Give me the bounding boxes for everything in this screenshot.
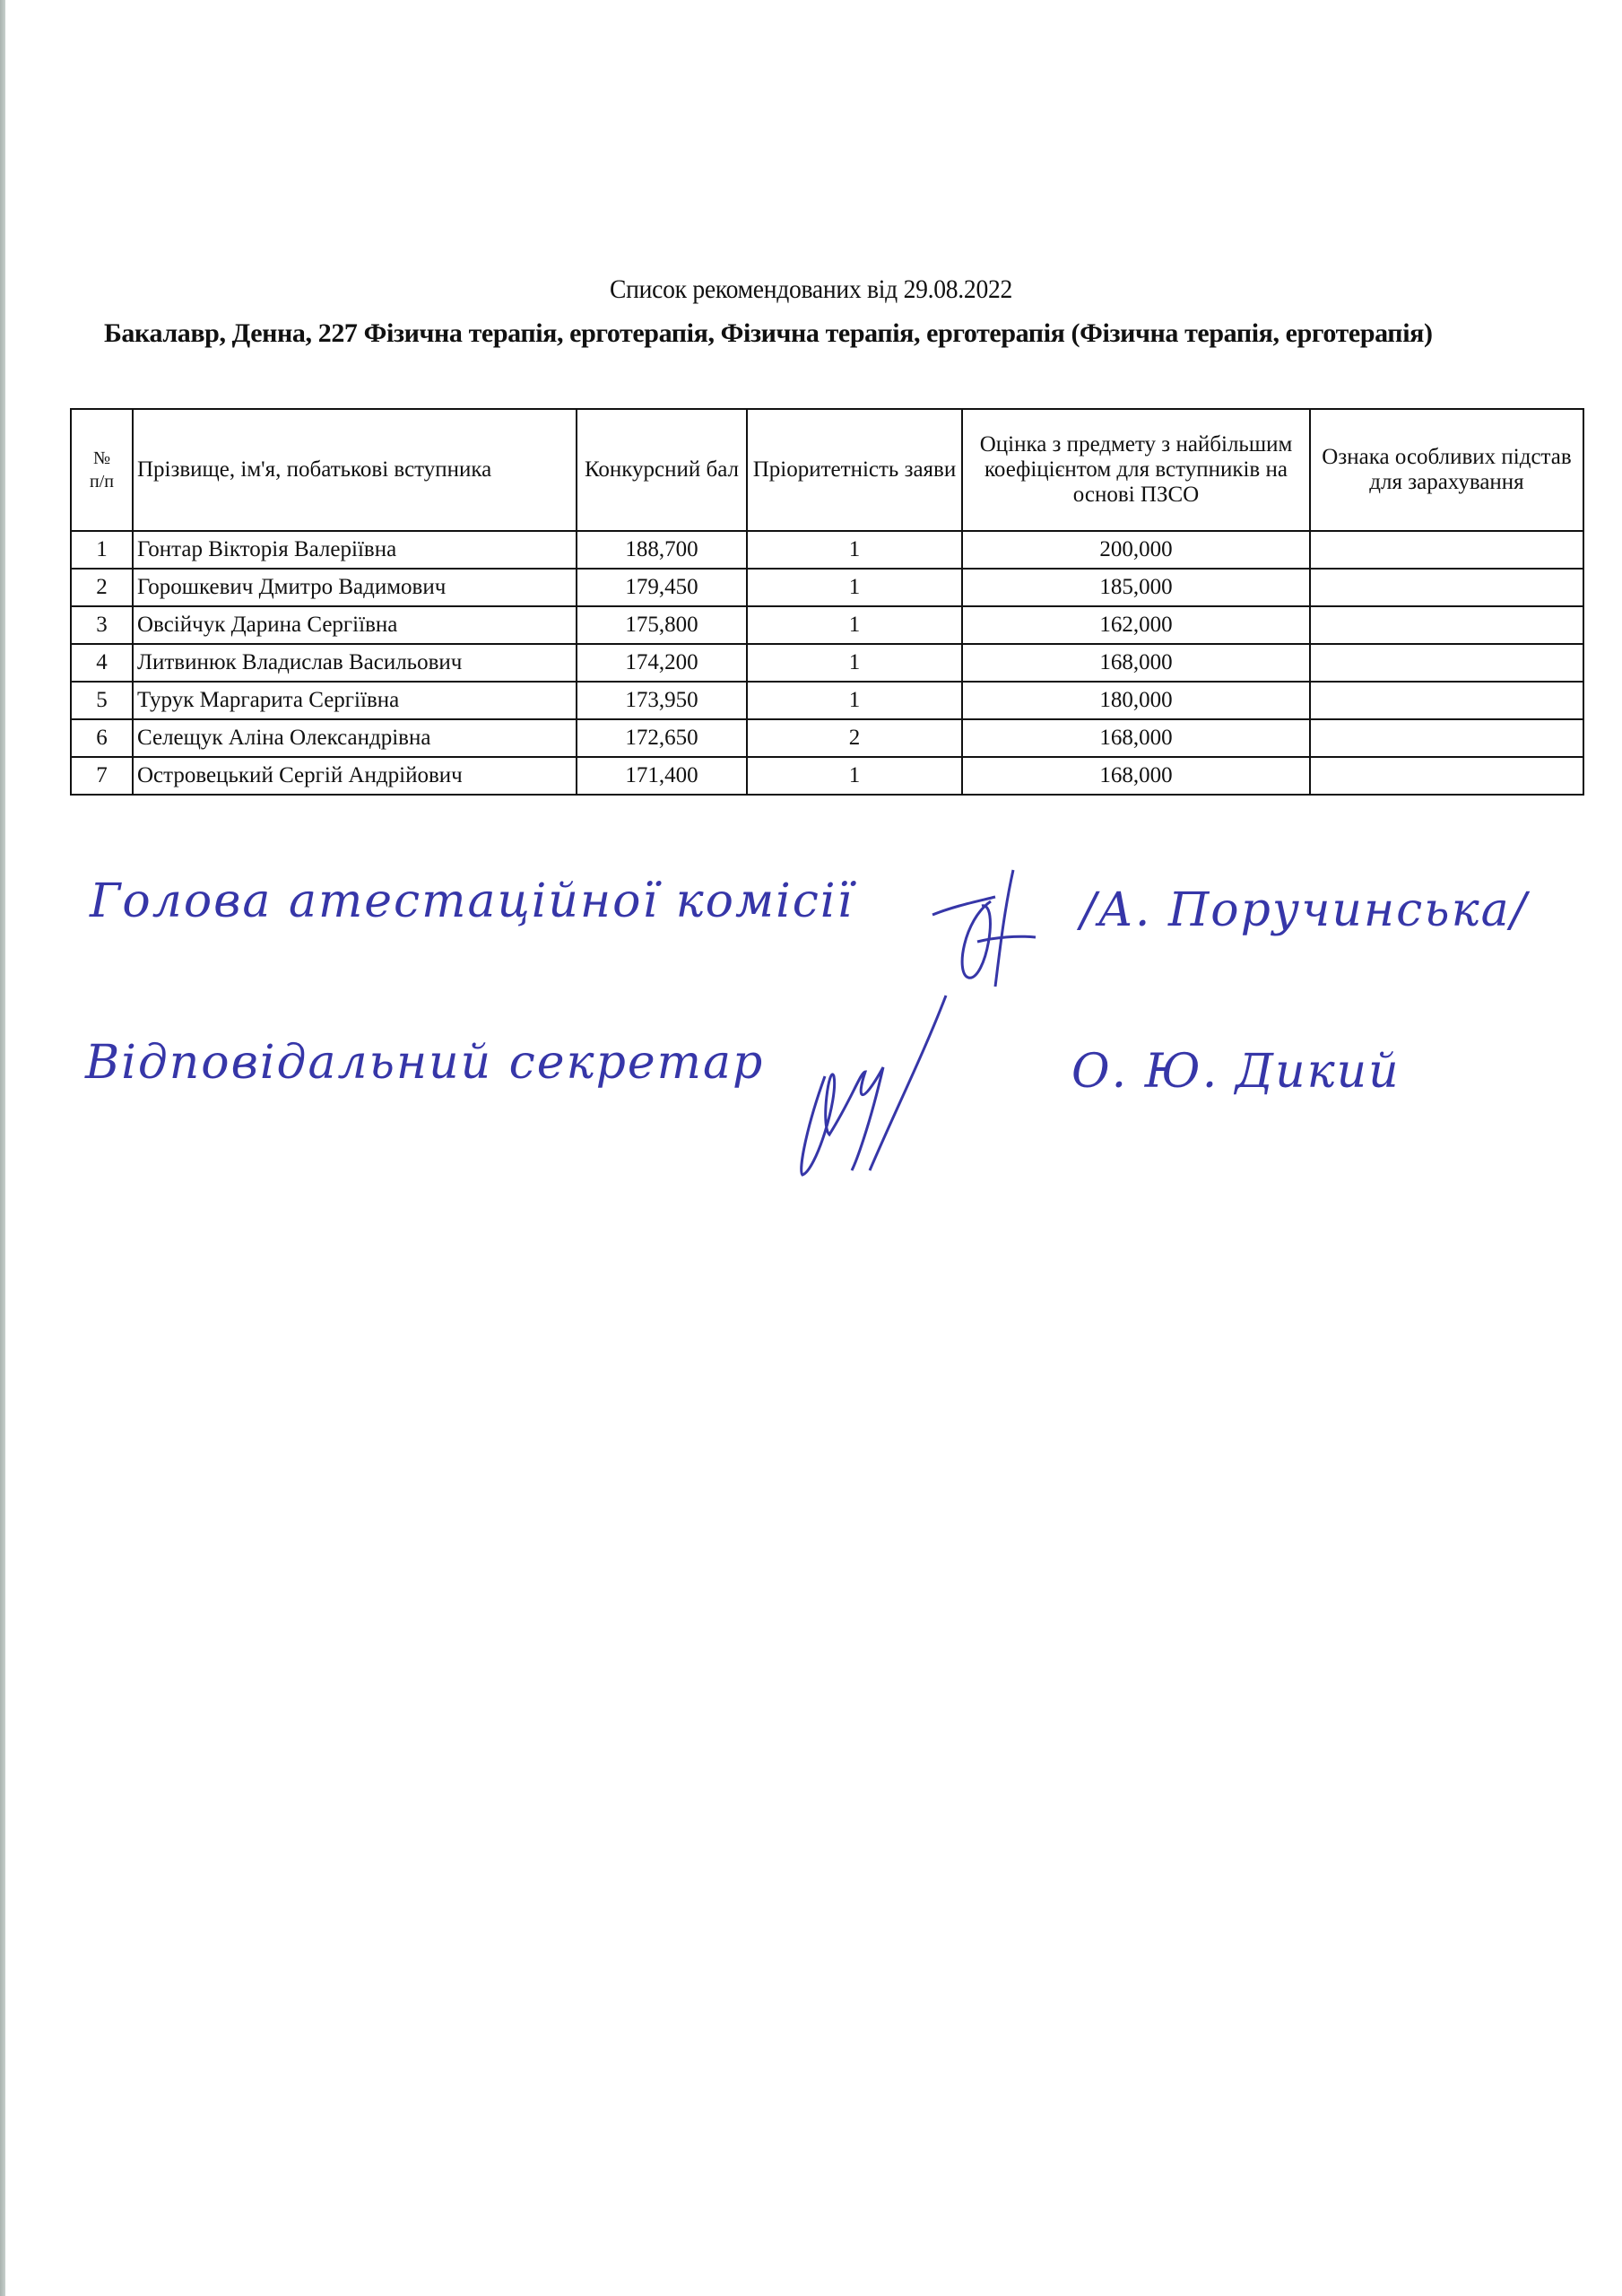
- cell-score: 175,800: [577, 606, 747, 644]
- cell-number: 7: [71, 757, 133, 795]
- table-row: 2Горошкевич Дмитро Вадимович179,4501185,…: [71, 569, 1583, 606]
- cell-number: 1: [71, 531, 133, 569]
- cell-subject-score: 180,000: [962, 682, 1310, 719]
- cell-score: 173,950: [577, 682, 747, 719]
- cell-priority: 2: [747, 719, 962, 757]
- cell-number: 5: [71, 682, 133, 719]
- header-special-grounds: Ознака особливих підстав для зарахування: [1310, 409, 1583, 531]
- table-row: 5Турук Маргарита Сергіївна173,9501180,00…: [71, 682, 1583, 719]
- cell-subject-score: 162,000: [962, 606, 1310, 644]
- header-name: Прізвище, ім'я, побатькові вступника: [133, 409, 577, 531]
- cell-special-grounds: [1310, 682, 1583, 719]
- recommended-list-table: № п/п Прізвище, ім'я, побатькові вступни…: [70, 408, 1584, 796]
- table-row: 3Овсійчук Дарина Сергіївна175,8001162,00…: [71, 606, 1583, 644]
- table-row: 4Литвинюк Владислав Васильович174,200116…: [71, 644, 1583, 682]
- secretary-name: О. Ю. Дикий: [1071, 1045, 1401, 1099]
- cell-name: Овсійчук Дарина Сергіївна: [133, 606, 577, 644]
- cell-special-grounds: [1310, 757, 1583, 795]
- cell-special-grounds: [1310, 531, 1583, 569]
- cell-score: 172,650: [577, 719, 747, 757]
- cell-score: 171,400: [577, 757, 747, 795]
- secretary-signature-mark: [789, 991, 986, 1188]
- cell-name: Островецький Сергій Андрійович: [133, 757, 577, 795]
- cell-name: Литвинюк Владислав Васильович: [133, 644, 577, 682]
- table-row: 1Гонтар Вікторія Валеріївна188,7001200,0…: [71, 531, 1583, 569]
- cell-priority: 1: [747, 682, 962, 719]
- cell-priority: 1: [747, 531, 962, 569]
- header-number: № п/п: [71, 409, 133, 531]
- cell-priority: 1: [747, 757, 962, 795]
- cell-number: 3: [71, 606, 133, 644]
- cell-subject-score: 185,000: [962, 569, 1310, 606]
- cell-special-grounds: [1310, 569, 1583, 606]
- cell-priority: 1: [747, 569, 962, 606]
- cell-number: 2: [71, 569, 133, 606]
- cell-priority: 1: [747, 644, 962, 682]
- cell-name: Турук Маргарита Сергіївна: [133, 682, 577, 719]
- header-subject-score: Оцінка з предмету з найбільшим коефіцієн…: [962, 409, 1310, 531]
- cell-name: Гонтар Вікторія Валеріївна: [133, 531, 577, 569]
- table-row: 6Селещук Аліна Олександрівна172,6502168,…: [71, 719, 1583, 757]
- scan-edge: [0, 0, 5, 2296]
- cell-score: 188,700: [577, 531, 747, 569]
- document-subtitle: Бакалавр, Денна, 227 Фізична терапія, ер…: [70, 314, 1594, 353]
- secretary-label: Відповідальний секретар: [85, 1036, 764, 1090]
- chair-signature-mark: [928, 865, 1045, 991]
- chair-name: /А. Поручинська/: [1080, 883, 1528, 937]
- header-number-sign: №: [93, 448, 110, 468]
- cell-score: 179,450: [577, 569, 747, 606]
- cell-number: 4: [71, 644, 133, 682]
- cell-number: 6: [71, 719, 133, 757]
- cell-special-grounds: [1310, 644, 1583, 682]
- cell-subject-score: 168,000: [962, 644, 1310, 682]
- cell-subject-score: 168,000: [962, 719, 1310, 757]
- cell-subject-score: 168,000: [962, 757, 1310, 795]
- cell-score: 174,200: [577, 644, 747, 682]
- cell-name: Горошкевич Дмитро Вадимович: [133, 569, 577, 606]
- cell-special-grounds: [1310, 606, 1583, 644]
- header-priority: Пріоритетність заяви: [747, 409, 962, 531]
- cell-name: Селещук Аліна Олександрівна: [133, 719, 577, 757]
- header-score: Конкурсний бал: [577, 409, 747, 531]
- document-title: Список рекомендованих від 29.08.2022: [65, 274, 1557, 305]
- chair-label: Голова атестаційної комісії: [90, 874, 854, 928]
- cell-subject-score: 200,000: [962, 531, 1310, 569]
- cell-priority: 1: [747, 606, 962, 644]
- header-number-pp: п/п: [90, 472, 114, 491]
- table-row: 7Островецький Сергій Андрійович171,40011…: [71, 757, 1583, 795]
- table-header-row: № п/п Прізвище, ім'я, побатькові вступни…: [71, 409, 1583, 531]
- cell-special-grounds: [1310, 719, 1583, 757]
